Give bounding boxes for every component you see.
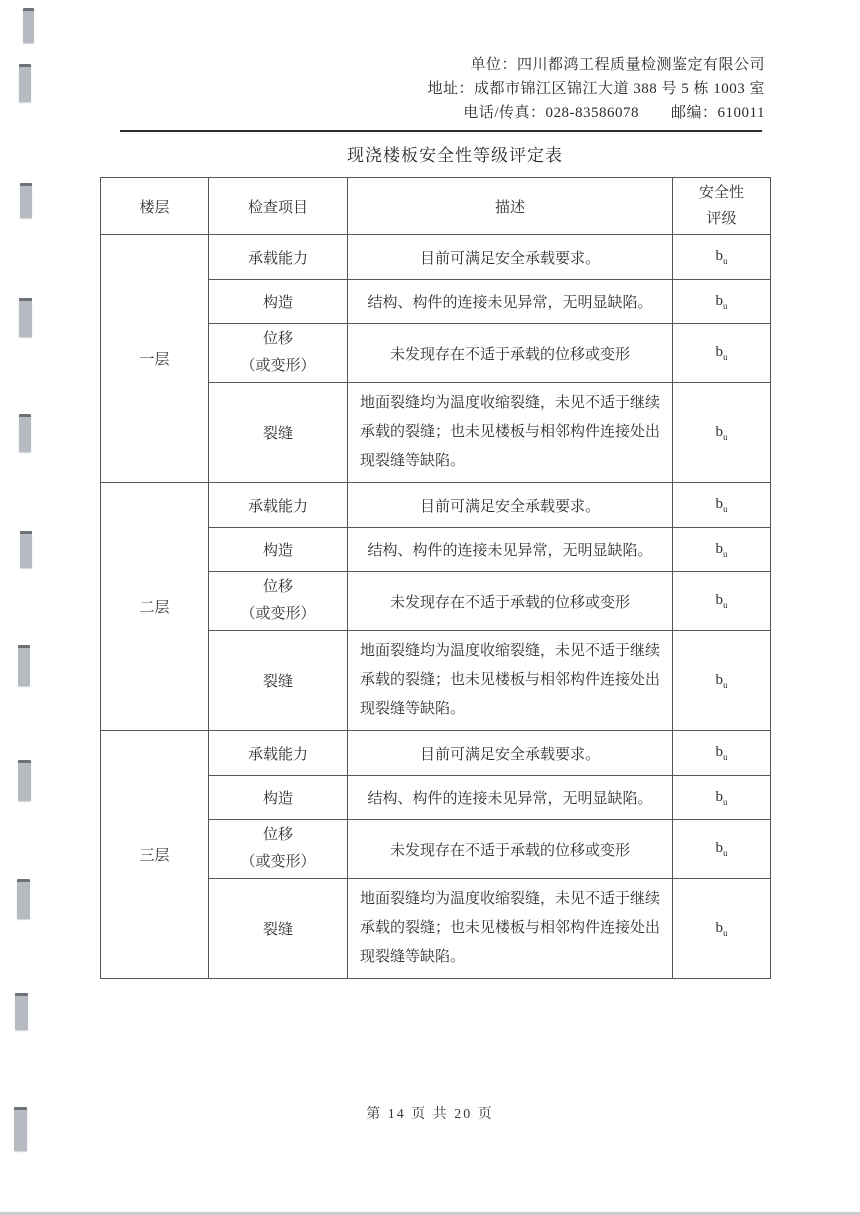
letterhead-unit: 单位：四川都鸿工程质量检测鉴定有限公司 (120, 53, 765, 77)
rating-cell: bu (673, 631, 771, 731)
page-title: 现浇楼板安全性等级评定表 (120, 141, 790, 166)
desc-cell: 未发现存在不适于承载的位移或变形 (348, 820, 673, 879)
rating-value: b (716, 592, 724, 608)
rating-subscript: u (723, 600, 728, 610)
desc-cell: 地面裂缝均为温度收缩裂缝，未见不适于继续承载的裂缝；也未见楼板与相邻构件连接处出… (348, 631, 673, 731)
rating-value: b (716, 672, 724, 688)
table-row: 二层 承载能力 目前可满足安全承载要求。 bu (101, 483, 771, 528)
table-header-row: 楼层 检查项目 描述 安全性 评级 (101, 178, 771, 235)
desc-cell: 地面裂缝均为温度收缩裂缝，未见不适于继续承载的裂缝；也未见楼板与相邻构件连接处出… (348, 383, 673, 483)
floor-cell: 三层 (101, 731, 209, 979)
column-header-description: 描述 (348, 178, 673, 235)
item-cell: 构造 (209, 280, 348, 324)
rating-value: b (716, 424, 724, 440)
scanned-report-page: 单位：四川都鸿工程质量检测鉴定有限公司 地址：成都市锦江区锦江大道 388 号 … (0, 0, 860, 1215)
rating-cell: bu (673, 280, 771, 324)
binding-mark (20, 531, 32, 568)
binding-mark (19, 414, 31, 452)
rating-value: b (716, 248, 724, 264)
item-cell: 位移 （或变形） (209, 572, 348, 631)
rating-subscript: u (723, 848, 728, 858)
item-cell: 承载能力 (209, 731, 348, 776)
item-cell: 位移 （或变形） (209, 324, 348, 383)
floor-cell: 一层 (101, 235, 209, 483)
item-cell: 构造 (209, 528, 348, 572)
rating-subscript: u (723, 752, 728, 762)
desc-cell: 结构、构件的连接未见异常，无明显缺陷。 (348, 528, 673, 572)
binding-mark (19, 64, 31, 102)
table-row: 三层 承载能力 目前可满足安全承载要求。 bu (101, 731, 771, 776)
rating-value: b (716, 920, 724, 936)
letterhead-postal-code: 邮编：610011 (671, 105, 765, 121)
rating-cell: bu (673, 776, 771, 820)
letterhead-phone-fax: 电话/传真：028-83586078 (463, 105, 639, 121)
page-number: 第 14 页 共 20 页 (0, 1103, 860, 1123)
item-cell: 构造 (209, 776, 348, 820)
rating-cell: bu (673, 572, 771, 631)
safety-rating-table: 楼层 检查项目 描述 安全性 评级 一层 承载能力 目前可满足安全承载要求。 b… (100, 177, 771, 979)
desc-cell: 未发现存在不适于承载的位移或变形 (348, 572, 673, 631)
column-header-rating: 安全性 评级 (673, 178, 771, 235)
item-cell: 承载能力 (209, 235, 348, 280)
item-cell: 承载能力 (209, 483, 348, 528)
rating-value: b (716, 744, 724, 760)
rating-value: b (716, 293, 724, 309)
desc-cell: 目前可满足安全承载要求。 (348, 483, 673, 528)
rating-value: b (716, 344, 724, 360)
item-cell: 裂缝 (209, 631, 348, 731)
binding-mark (18, 645, 30, 686)
rating-subscript: u (723, 928, 728, 938)
rating-cell: bu (673, 383, 771, 483)
rating-value: b (716, 789, 724, 805)
item-cell: 裂缝 (209, 383, 348, 483)
letterhead: 单位：四川都鸿工程质量检测鉴定有限公司 地址：成都市锦江区锦江大道 388 号 … (120, 53, 765, 125)
rating-subscript: u (723, 680, 728, 690)
letterhead-divider (120, 130, 762, 132)
rating-subscript: u (723, 549, 728, 559)
item-cell: 位移 （或变形） (209, 820, 348, 879)
binding-mark (17, 879, 30, 919)
rating-subscript: u (723, 432, 728, 442)
rating-cell: bu (673, 235, 771, 280)
rating-cell: bu (673, 483, 771, 528)
floor-cell: 二层 (101, 483, 209, 731)
rating-subscript: u (723, 301, 728, 311)
table-row: 一层 承载能力 目前可满足安全承载要求。 bu (101, 235, 771, 280)
rating-subscript: u (723, 256, 728, 266)
binding-mark (20, 183, 32, 218)
rating-cell: bu (673, 528, 771, 572)
rating-cell: bu (673, 324, 771, 383)
binding-mark (19, 298, 32, 337)
letterhead-contact: 电话/传真：028-83586078邮编：610011 (120, 101, 765, 125)
rating-subscript: u (723, 797, 728, 807)
desc-cell: 目前可满足安全承载要求。 (348, 731, 673, 776)
desc-cell: 目前可满足安全承载要求。 (348, 235, 673, 280)
binding-mark (15, 993, 28, 1030)
binding-mark (23, 8, 34, 43)
desc-cell: 结构、构件的连接未见异常，无明显缺陷。 (348, 776, 673, 820)
column-header-item: 检查项目 (209, 178, 348, 235)
rating-value: b (716, 496, 724, 512)
desc-cell: 未发现存在不适于承载的位移或变形 (348, 324, 673, 383)
item-cell: 裂缝 (209, 879, 348, 979)
rating-cell: bu (673, 731, 771, 776)
binding-mark (18, 760, 31, 801)
rating-cell: bu (673, 820, 771, 879)
rating-value: b (716, 541, 724, 557)
rating-subscript: u (723, 504, 728, 514)
letterhead-address: 地址：成都市锦江区锦江大道 388 号 5 栋 1003 室 (120, 77, 765, 101)
rating-subscript: u (723, 352, 728, 362)
column-header-floor: 楼层 (101, 178, 209, 235)
desc-cell: 地面裂缝均为温度收缩裂缝，未见不适于继续承载的裂缝；也未见楼板与相邻构件连接处出… (348, 879, 673, 979)
rating-value: b (716, 840, 724, 856)
rating-cell: bu (673, 879, 771, 979)
desc-cell: 结构、构件的连接未见异常，无明显缺陷。 (348, 280, 673, 324)
